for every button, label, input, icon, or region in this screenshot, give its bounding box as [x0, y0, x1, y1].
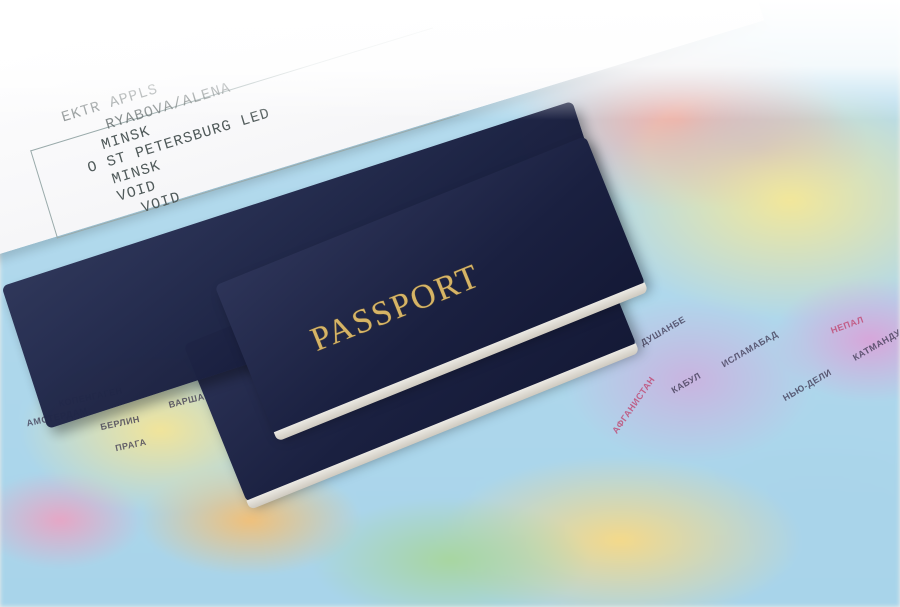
photo-scene: КОПЕНГАГЕН ВАРШАВА АМСТЕРДАМ БЕРЛИН КИШИ…	[0, 0, 900, 607]
bokeh-fade	[0, 0, 900, 120]
passport-title: PASSPORT	[306, 257, 486, 359]
